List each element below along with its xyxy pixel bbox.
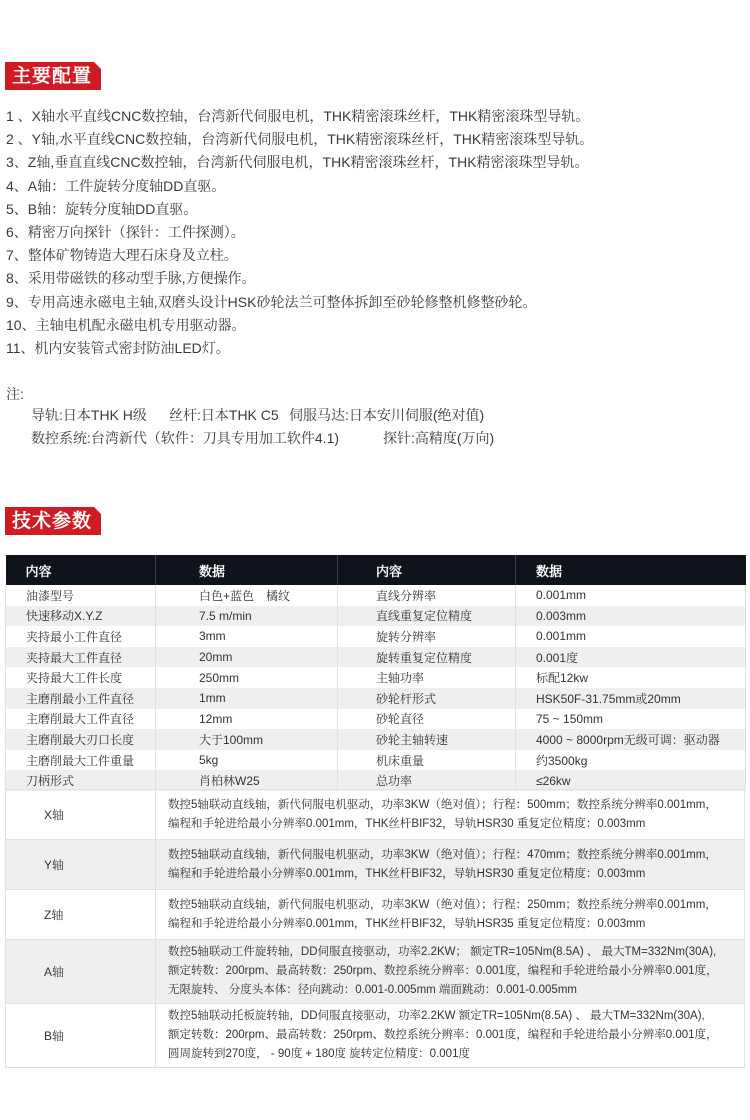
axis-row-z: Z轴 数控5轴联动直线轴，新代伺服电机驱动，功率3KW（绝对值）；行程：250m… xyxy=(6,890,745,940)
table-row: 夹持最大工件直径 20mm 旋转重复定位精度 0.001度 xyxy=(6,647,746,668)
param-value: HSK50F-31.75mm或20mm xyxy=(516,688,746,709)
config-item: 7、整体矿物铸造大理石床身及立柱。 xyxy=(6,244,593,267)
desc-line: 编程和手轮进给最小分辨率0.001mm，THK丝杆BIF32，导轨HSR30 重… xyxy=(168,815,744,834)
config-item: 11、机内安装管式密封防油LED灯。 xyxy=(6,337,593,360)
param-name: 快速移动X.Y.Z xyxy=(6,606,156,627)
param-name: 刀柄形式 xyxy=(6,770,156,791)
param-name: 砂轮直径 xyxy=(338,709,516,730)
config-item: 3、Z轴,垂直直线CNC数控轴，台湾新代伺服电机，THK精密滚珠丝杆，THK精密… xyxy=(6,151,593,174)
note-servo-motor: 伺服马达:日本安川伺服(绝对值) xyxy=(289,405,484,425)
header-data: 数据 xyxy=(516,555,746,585)
param-value: 250mm xyxy=(156,667,338,688)
param-name: 主磨削最大刃口长度 xyxy=(6,729,156,750)
table-row: 油漆型号 白色+蓝色 橘纹 直线分辨率 0.001mm xyxy=(6,585,746,606)
param-value: 75 ~ 150mm xyxy=(516,709,746,730)
axis-name: X轴 xyxy=(6,790,156,840)
param-value: 20mm xyxy=(156,647,338,668)
header-content: 内容 xyxy=(338,555,516,585)
axis-row-a: A轴 数控5轴联动工件旋转轴，DD伺服直接驱动，功率2.2KW； 额定TR=10… xyxy=(6,940,745,1004)
table-row: 主磨削最大刃口长度 大于100mm 砂轮主轴转速 4000 ~ 8000rpm无… xyxy=(6,729,746,750)
table-row: 主磨削最大工件重量 5kg 机床重量 约3500kg xyxy=(6,750,746,771)
axis-description: 数控5轴联动直线轴，新代伺服电机驱动，功率3KW（绝对值）；行程：500mm；数… xyxy=(156,790,745,840)
desc-line: 数控5轴联动直线轴，新代伺服电机驱动，功率3KW（绝对值）；行程：250mm；数… xyxy=(168,896,744,915)
config-item: 9、专用高速永磁电主轴,双磨头设计HSK砂轮法兰可整体拆卸至砂轮修整机修整砂轮。 xyxy=(6,291,593,314)
note-cnc-system: 数控系统:台湾新代（软件：刀具专用加工软件4.1) xyxy=(31,428,383,448)
desc-line: 额定转数：200rpm、最高转数：250rpm、数控系统分辨率：0.001度，编… xyxy=(168,962,744,981)
param-value: ≤26kw xyxy=(516,770,746,791)
axis-name: Z轴 xyxy=(6,890,156,940)
desc-line: 数控5轴联动直线轴，新代伺服电机驱动，功率3KW（绝对值）；行程：500mm；数… xyxy=(168,796,744,815)
axis-spec-table: X轴 数控5轴联动直线轴，新代伺服电机驱动，功率3KW（绝对值）；行程：500m… xyxy=(5,789,745,1068)
param-value: 5kg xyxy=(156,750,338,771)
param-name: 直线重复定位精度 xyxy=(338,606,516,627)
param-value: 肖柏林W25 xyxy=(156,770,338,791)
table-row: 夹持最小工件直径 3mm 旋转分辨率 0.001mm xyxy=(6,626,746,647)
param-name: 油漆型号 xyxy=(6,585,156,606)
config-item: 1 、X轴水平直线CNC数控轴，台湾新代伺服电机，THK精密滚珠丝杆，THK精密… xyxy=(6,105,593,128)
config-item: 2 、Y轴,水平直线CNC数控轴，台湾新代伺服电机，THK精密滚珠丝杆，THK精… xyxy=(6,128,593,151)
param-name: 旋转重复定位精度 xyxy=(338,647,516,668)
header-content: 内容 xyxy=(6,555,156,585)
note-guide-rail: 导轨:日本THK H级 xyxy=(31,405,169,425)
desc-line: 数控5轴联动直线轴，新代伺服电机驱动，功率3KW（绝对值）；行程：470mm；数… xyxy=(168,846,744,865)
note-label: 注: xyxy=(6,383,24,405)
header-data: 数据 xyxy=(156,555,338,585)
note-line: 导轨:日本THK H级丝杆:日本THK C5伺服马达:日本安川伺服(绝对值) xyxy=(31,405,484,425)
param-value: 4000 ~ 8000rpm无级可调：驱动器 xyxy=(516,729,746,750)
config-list: 1 、X轴水平直线CNC数控轴，台湾新代伺服电机，THK精密滚珠丝杆，THK精密… xyxy=(6,105,593,360)
param-name: 主磨削最大工件直径 xyxy=(6,709,156,730)
axis-description: 数控5轴联动工件旋转轴，DD伺服直接驱动，功率2.2KW； 额定TR=105Nm… xyxy=(156,940,745,1004)
config-item: 5、B轴：旋转分度轴DD直驱。 xyxy=(6,198,593,221)
param-value: 1mm xyxy=(156,688,338,709)
param-value: 0.001度 xyxy=(516,647,746,668)
param-value: 白色+蓝色 橘纹 xyxy=(156,585,338,606)
param-value: 0.001mm xyxy=(516,585,746,606)
axis-row-b: B轴 数控5轴联动托板旋转轴，DD伺服直接驱动，功率2.2KW 额定TR=105… xyxy=(6,1004,745,1068)
table-row: 夹持最大工件长度 250mm 主轴功率 标配12kw xyxy=(6,667,746,688)
table-row: 主磨削最大工件直径 12mm 砂轮直径 75 ~ 150mm xyxy=(6,709,746,730)
axis-row-x: X轴 数控5轴联动直线轴，新代伺服电机驱动，功率3KW（绝对值）；行程：500m… xyxy=(6,790,745,840)
param-name: 直线分辨率 xyxy=(338,585,516,606)
param-name: 夹持最小工件直径 xyxy=(6,626,156,647)
param-value: 12mm xyxy=(156,709,338,730)
config-item: 8、采用带磁铁的移动型手脉,方便操作。 xyxy=(6,267,593,290)
table-row: 快速移动X.Y.Z 7.5 m/min 直线重复定位精度 0.003mm xyxy=(6,606,746,627)
param-name: 夹持最大工件直径 xyxy=(6,647,156,668)
note-line: 数控系统:台湾新代（软件：刀具专用加工软件4.1)探针:高精度(万向) xyxy=(31,428,494,448)
param-value: 标配12kw xyxy=(516,667,746,688)
axis-description: 数控5轴联动托板旋转轴，DD伺服直接驱动，功率2.2KW 额定TR=105Nm(… xyxy=(156,1004,745,1068)
param-name: 主轴功率 xyxy=(338,667,516,688)
desc-line: 数控5轴联动托板旋转轴，DD伺服直接驱动，功率2.2KW 额定TR=105Nm(… xyxy=(168,1007,744,1026)
config-item: 4、A轴：工件旋转分度轴DD直驱。 xyxy=(6,175,593,198)
table-row: 主磨削最小工件直径 1mm 砂轮杆形式 HSK50F-31.75mm或20mm xyxy=(6,688,746,709)
desc-line: 编程和手轮进给最小分辨率0.001mm，THK丝杆BIF32，导轨HSR35 重… xyxy=(168,915,744,934)
axis-row-y: Y轴 数控5轴联动直线轴，新代伺服电机驱动，功率3KW（绝对值）；行程：470m… xyxy=(6,840,745,890)
desc-line: 数控5轴联动工件旋转轴，DD伺服直接驱动，功率2.2KW； 额定TR=105Nm… xyxy=(168,943,744,962)
param-name: 旋转分辨率 xyxy=(338,626,516,647)
axis-description: 数控5轴联动直线轴，新代伺服电机驱动，功率3KW（绝对值）；行程：470mm；数… xyxy=(156,840,745,890)
note-ball-screw: 丝杆:日本THK C5 xyxy=(169,405,289,425)
section-title-main-config: 主要配置 xyxy=(5,62,101,90)
axis-name: Y轴 xyxy=(6,840,156,890)
param-name: 砂轮主轴转速 xyxy=(338,729,516,750)
param-name: 夹持最大工件长度 xyxy=(6,667,156,688)
param-name: 主磨削最大工件重量 xyxy=(6,750,156,771)
param-value: 大于100mm xyxy=(156,729,338,750)
axis-name: A轴 xyxy=(6,940,156,1004)
config-item: 6、精密万向探针（探针：工件探测）。 xyxy=(6,221,593,244)
desc-line: 圆周旋转到270度， - 90度 + 180度 旋转定位精度：0.001度 xyxy=(168,1045,744,1064)
param-value: 3mm xyxy=(156,626,338,647)
desc-line: 编程和手轮进给最小分辨率0.001mm，THK丝杆BIF32，导轨HSR30 重… xyxy=(168,865,744,884)
desc-line: 无限旋转、 分度头本体：径向跳动：0.001-0.005mm 端面跳动：0.00… xyxy=(168,981,744,1000)
param-name: 机床重量 xyxy=(338,750,516,771)
axis-name: B轴 xyxy=(6,1004,156,1068)
desc-line: 额定转数：200rpm、最高转数：250rpm、数控系统分辨率：0.001度，编… xyxy=(168,1026,744,1045)
param-value: 7.5 m/min xyxy=(156,606,338,627)
spec-table-header: 内容 数据 内容 数据 xyxy=(6,555,746,585)
param-value: 0.003mm xyxy=(516,606,746,627)
section-title-tech-params: 技术参数 xyxy=(5,507,101,535)
table-row: 刀柄形式 肖柏林W25 总功率 ≤26kw xyxy=(6,770,746,791)
param-name: 主磨削最小工件直径 xyxy=(6,688,156,709)
config-item: 10、主轴电机配永磁电机专用驱动器。 xyxy=(6,314,593,337)
param-name: 总功率 xyxy=(338,770,516,791)
param-value: 0.001mm xyxy=(516,626,746,647)
param-value: 约3500kg xyxy=(516,750,746,771)
axis-description: 数控5轴联动直线轴，新代伺服电机驱动，功率3KW（绝对值）；行程：250mm；数… xyxy=(156,890,745,940)
spec-table: 内容 数据 内容 数据 油漆型号 白色+蓝色 橘纹 直线分辨率 0.001mm … xyxy=(5,555,746,791)
note-probe: 探针:高精度(万向) xyxy=(383,428,494,448)
param-name: 砂轮杆形式 xyxy=(338,688,516,709)
